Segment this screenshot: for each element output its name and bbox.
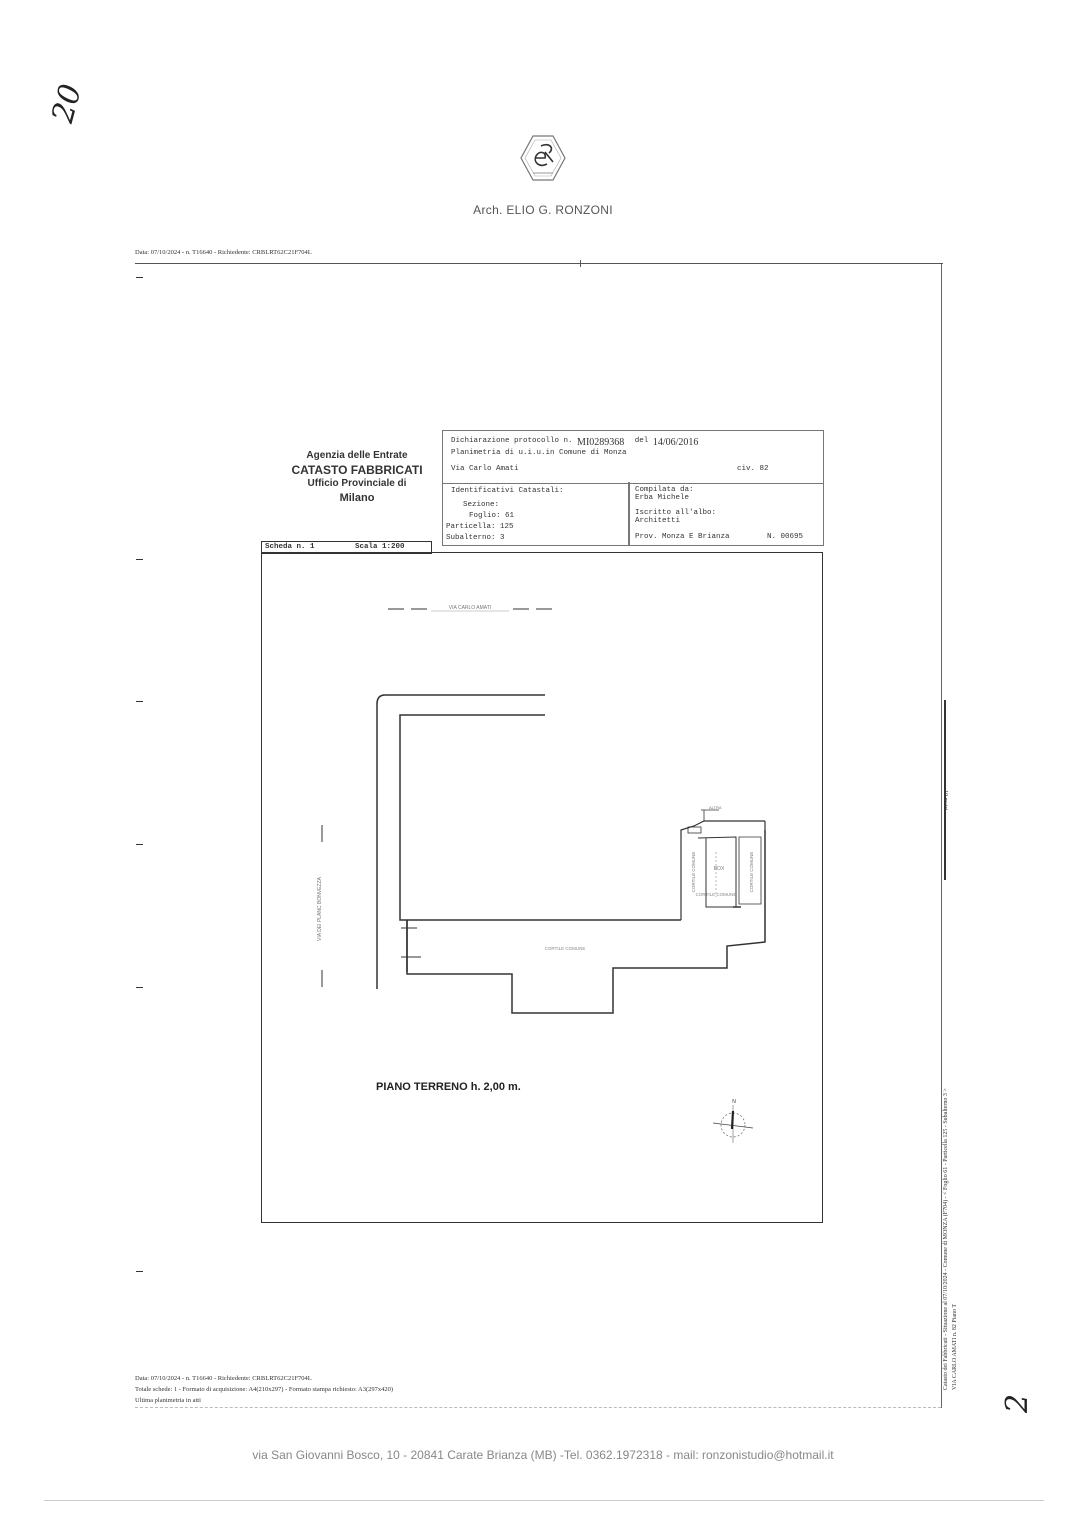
margin-tick <box>136 277 143 278</box>
handwritten-page-number-bottom: 2 <box>1000 1394 1035 1413</box>
floor-plan-drawing: VIA CARLO AMATI VIA DEI PLANC BONVEZZA C… <box>261 552 823 1223</box>
courtyard-right-label: CORTILE COMUNE <box>749 852 754 893</box>
agency-block: Agenzia delle Entrate CATASTO FABBRICATI… <box>268 449 446 505</box>
sezione: Sezione: <box>463 501 499 509</box>
courtyard-main-label: CORTILE COMUNE <box>545 946 586 951</box>
header-rule <box>135 263 943 264</box>
side-caption-line2: VIA CARLO AMATI n. 82 Piano T <box>952 1304 958 1390</box>
handwritten-page-number-top: 20 <box>45 81 89 127</box>
architect-name: Arch. ELIO G. RONZONI <box>0 203 1086 217</box>
courtyard-bottom-label: CORTILE COMUNE <box>696 892 737 897</box>
identifiers-box: Identificativi Catastali: Sezione: Fogli… <box>442 482 630 546</box>
foglio: Foglio: 61 <box>469 512 514 520</box>
address-line: Via Carlo Amati <box>451 465 519 473</box>
courtyard-left-label: CORTILE COMUNE <box>691 852 696 893</box>
er-hexagon-logo-icon <box>517 132 569 184</box>
margin-tick <box>136 1271 143 1272</box>
footer-meta-line2: Totale schede: 1 - Formato di acquisizio… <box>135 1386 393 1393</box>
protocol-label: Dichiarazione protocollo n. <box>451 437 573 445</box>
request-header: Data: 07/10/2024 - n. T16640 - Richieden… <box>135 249 312 256</box>
albo-value: Architetti <box>635 517 680 525</box>
particella: Particella: 125 <box>446 523 514 531</box>
identifiers-title: Identificativi Catastali: <box>451 487 564 495</box>
footer-meta-line3: Ultima planimetria in atti <box>135 1397 201 1404</box>
scheda-scale: Scala 1:200 <box>355 543 405 551</box>
protocol-number: MI0289368 <box>577 437 624 448</box>
date-label: del <box>635 437 649 445</box>
north-label: N <box>732 1099 736 1105</box>
agency-name: Agenzia delle Entrate <box>268 449 446 463</box>
margin-tick <box>136 844 143 845</box>
north-arrow-compass-icon: N <box>713 1099 753 1143</box>
box-label: BOX <box>714 866 725 872</box>
floor-label: PIANO TERRENO h. 2,00 m. <box>376 1081 521 1093</box>
protocol-line: Dichiarazione protocollo n. MI0289368 de… <box>451 434 698 445</box>
footer-meta-line1: Data: 07/10/2024 - n. T16640 - Richieden… <box>135 1375 312 1382</box>
right-frame-corner <box>935 263 942 264</box>
studio-address: via San Giovanni Bosco, 10 - 20841 Carat… <box>0 1448 1086 1462</box>
margin-tick <box>136 987 143 988</box>
scale-bar <box>944 700 946 880</box>
declaration-box: Dichiarazione protocollo n. MI0289368 de… <box>442 430 824 484</box>
street-top-label: VIA CARLO AMATI <box>449 605 491 611</box>
compiler-name: Erba Michele <box>635 494 689 502</box>
declaration-date: 14/06/2016 <box>653 437 699 448</box>
agency-city: Milano <box>268 491 446 505</box>
compiler-box: Compilata da: Erba Michele Iscritto all'… <box>628 482 824 546</box>
street-left-label: VIA DEI PLANC BONVEZZA <box>317 876 323 941</box>
altra-label: ALTRA <box>709 805 722 810</box>
footer-rule <box>135 1407 941 1408</box>
header-rule-tick <box>580 260 581 267</box>
agency-office: Ufficio Provinciale di <box>268 477 446 491</box>
compiler-province: Prov. Monza E Brianza <box>635 533 730 541</box>
scheda-number: Scheda n. 1 <box>265 543 315 551</box>
compiler-number: N. 00695 <box>767 533 803 541</box>
subalterno: Subalterno: 3 <box>446 534 505 542</box>
planimetry-line: Planimetria di u.i.u.in Comune di Monza <box>451 449 627 457</box>
civic-number: civ. 82 <box>737 465 769 473</box>
page-bottom-rule <box>44 1500 1044 1501</box>
compiler-label: Compilata da: <box>635 486 694 494</box>
albo-label: Iscritto all'albo: <box>635 509 716 517</box>
margin-tick <box>136 559 143 560</box>
agency-registry: CATASTO FABBRICATI <box>268 463 446 477</box>
side-caption-line1: Catasto dei Fabbricati - Situazione al 0… <box>943 1088 949 1390</box>
margin-tick <box>136 701 143 702</box>
right-frame-line <box>941 263 942 1408</box>
